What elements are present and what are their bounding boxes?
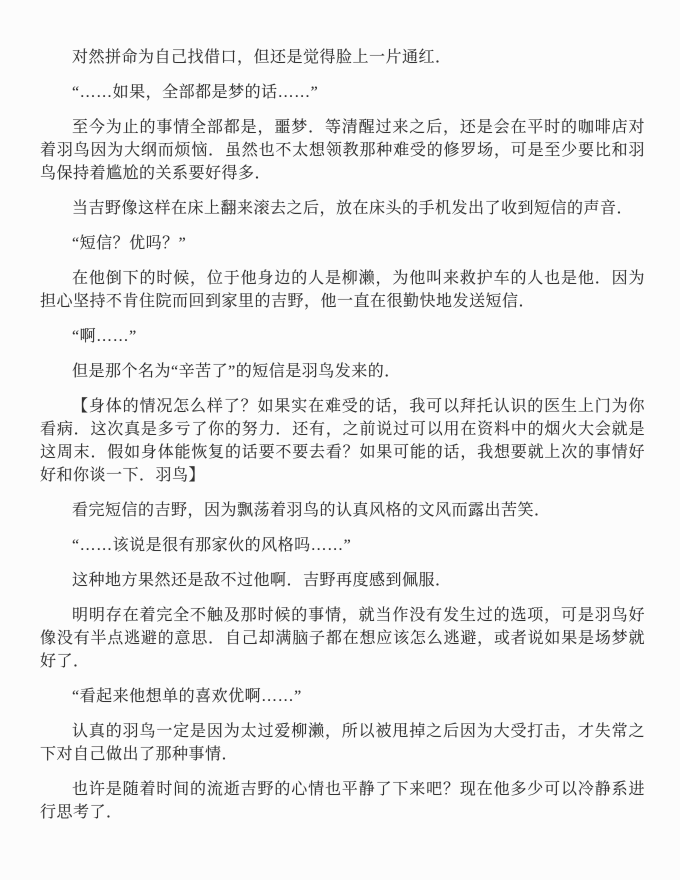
paragraph: 明明存在着完全不触及那时候的事情，就当作没有发生过的选项，可是羽鸟好像没有半点逃…	[40, 604, 645, 673]
paragraph: 看完短信的吉野，因为飘荡着羽鸟的认真风格的文风而露出苦笑．	[40, 499, 645, 522]
paragraph: 当吉野像这样在床上翻来滚去之后，放在床头的手机发出了收到短信的声音．	[40, 197, 645, 220]
paragraph: 这种地方果然还是敌不过他啊．吉野再度感到佩服．	[40, 569, 645, 592]
paragraph: 至今为止的事情全部都是，噩梦．等清醒过来之后，还是会在平时的咖啡店对着羽鸟因为大…	[40, 116, 645, 185]
paragraph: 也许是随着时间的流逝吉野的心情也平静了下来吧？现在他多少可以冷静系进行思考了．	[40, 778, 645, 824]
paragraph: 认真的羽鸟一定是因为太过爱柳濑，所以被甩掉之后因为大受打击，才失常之下对自己做出…	[40, 720, 645, 766]
sms-message-paragraph: 【身体的情况怎么样了？如果实在难受的话，我可以拜托认识的医生上门为你看病．这次真…	[40, 395, 645, 487]
dialogue-paragraph: “看起来他想单的喜欢优啊……”	[40, 685, 645, 708]
paragraph: 对然拼命为自己找借口，但还是觉得脸上一片通红．	[40, 46, 645, 69]
paragraph: 在他倒下的时候，位于他身边的人是柳濑，为他叫来救护车的人也是他．因为担心坚持不肯…	[40, 267, 645, 313]
document-page: 对然拼命为自己找借口，但还是觉得脸上一片通红． “……如果，全部都是梦的话……”…	[0, 0, 680, 880]
dialogue-paragraph: “……如果，全部都是梦的话……”	[40, 81, 645, 104]
dialogue-paragraph: “啊……”	[40, 325, 645, 348]
dialogue-paragraph: “短信？优吗？”	[40, 232, 645, 255]
dialogue-paragraph: “……该说是很有那家伙的风格吗……”	[40, 534, 645, 557]
paragraph: 但是那个名为“辛苦了”的短信是羽鸟发来的．	[40, 360, 645, 383]
